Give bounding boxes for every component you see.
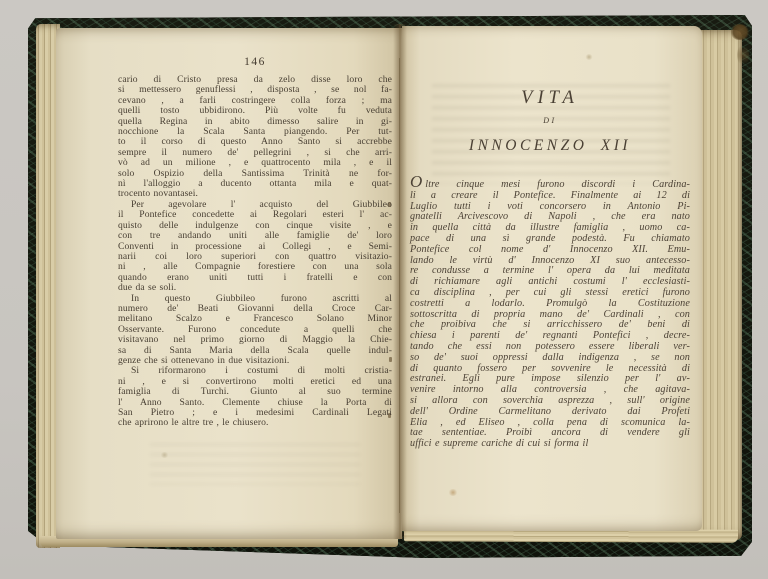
paragraph: Si riformarono i costumi di molti cristi… bbox=[118, 366, 392, 428]
book-scan: 146 cario di Cristo presa da zelo disse … bbox=[0, 0, 768, 579]
text-line: uffici e supreme cariche di cui si forma… bbox=[410, 439, 690, 450]
corner-wear-patch bbox=[731, 24, 749, 40]
paragraph: Oltre cinque mesi furono discordi i Card… bbox=[410, 180, 690, 450]
right-page-text: Oltre cinque mesi furono discordi i Card… bbox=[410, 180, 690, 450]
page-edges-right bbox=[700, 30, 742, 540]
text-line: con tre andando uniti alle famiglie de' … bbox=[118, 231, 392, 241]
gutter-shadow bbox=[393, 24, 407, 539]
gutter-thread bbox=[399, 58, 400, 513]
chapter-title-block: VITA DI INNOCENZO XII bbox=[410, 88, 690, 154]
chapter-title: VITA bbox=[410, 88, 690, 108]
paragraph: Per agevolare l' acquisto del Giubbileoi… bbox=[118, 200, 392, 294]
page-number: 146 bbox=[118, 56, 392, 68]
drop-cap: O bbox=[410, 172, 423, 191]
left-page-text: cario di Cristo presa da zelo disse loro… bbox=[118, 75, 392, 429]
foxing-spot bbox=[448, 489, 458, 496]
paragraph: cario di Cristo presa da zelo disse loro… bbox=[118, 75, 392, 200]
text-line: due da se soli. bbox=[118, 283, 392, 293]
foxing-spot bbox=[585, 54, 593, 60]
text-line: visitavano nel primo giorno di Maggio la… bbox=[118, 335, 392, 345]
paragraph: In questo Giubbileo furono ascritti alnu… bbox=[118, 294, 392, 367]
corner-wear-patch bbox=[737, 44, 749, 66]
text-line: so de' suoi oppressi dalla indigenza , s… bbox=[410, 353, 690, 364]
foxing-spot bbox=[160, 452, 169, 458]
text-line: costretti a lodarlo. Promulgò la Costitu… bbox=[410, 299, 690, 310]
chapter-subtitle: DI bbox=[410, 116, 690, 125]
chapter-heading: INNOCENZO XII bbox=[410, 137, 690, 154]
text-line: li a creare il Pontefice. Finalmente ai … bbox=[410, 191, 690, 202]
ink-show-through bbox=[150, 443, 360, 485]
text-line: dell' Ordine Carmelitano derivato dai Pr… bbox=[410, 407, 690, 418]
text-line: Pontefice col nome d' Innocenzo XII. Emu… bbox=[410, 245, 690, 256]
text-line: che aprirono le altre tre , le chiusero. bbox=[118, 418, 392, 428]
